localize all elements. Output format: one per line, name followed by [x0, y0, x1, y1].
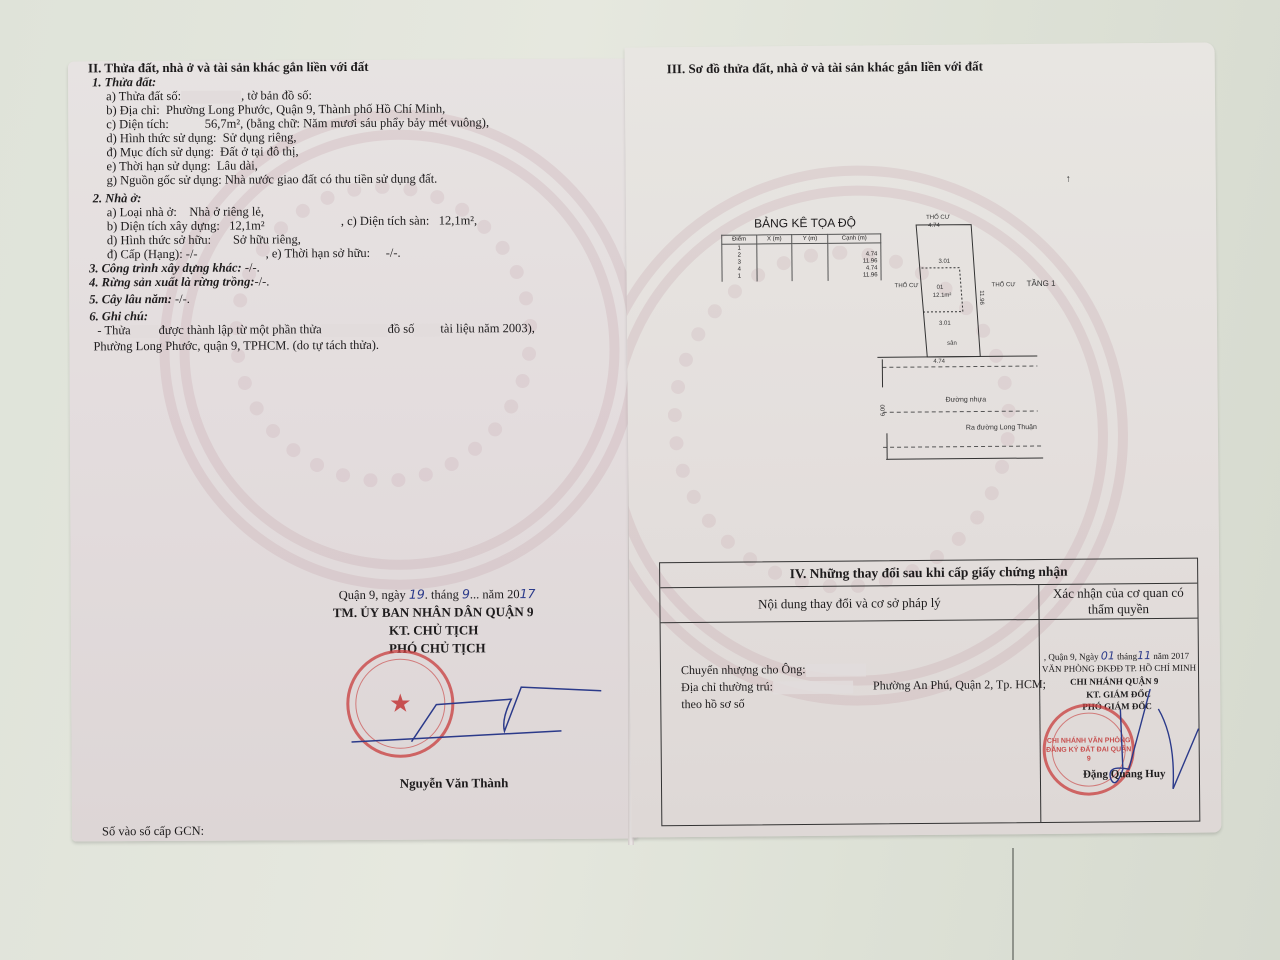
confirmation-signer: Đặng Quang Huy	[1083, 767, 1166, 782]
registry-number-label: Số vào sổ cấp GCN:	[102, 824, 204, 839]
land-use-purpose: đ) Mục đích sử dụng: Đất ở tại đô thị,	[106, 144, 298, 159]
plan-yard-label: sân	[947, 341, 957, 347]
issue-date: Quận 9, ngày 19. tháng 9... năm 2017	[339, 587, 536, 602]
house-floor-area: , c) Diện tích sàn: 12,1m²,	[341, 213, 477, 228]
coordinate-table: ĐiểmX (m)Y (m)Cạnh (m) 12341 4.7411.964.…	[721, 233, 881, 281]
land-heading: 1. Thửa đất:	[92, 75, 156, 89]
plan-right-length: 11.96	[978, 290, 984, 305]
changes-col-content: Nội dung thay đổi và cơ sở pháp lý	[660, 585, 1039, 622]
house-grade: đ) Cấp (Hạng): -/-, e) Thời hạn sở hữu: …	[107, 246, 401, 262]
land-area: c) Diện tích:56,7m², (bằng chữ: Năm mươi…	[106, 115, 489, 131]
land-use-term: e) Thời hạn sử dụng: Lâu dài,	[106, 158, 257, 173]
changes-table: IV. Những thay đổi sau khi cấp giấy chứn…	[659, 558, 1200, 827]
plan-road-note: Ra đường Long Thuận	[966, 424, 1037, 432]
floor-tile-seam	[1012, 848, 1014, 960]
plan-floor-label: TẦNG 1	[1027, 279, 1056, 288]
dossier-line: theo hồ sơ số	[681, 697, 744, 712]
issuing-authority: TM. ỦY BAN NHÂN DÂN QUẬN 9	[333, 605, 534, 620]
plan-house-area: 12.1m²	[933, 293, 952, 299]
plan-house-width-bottom: 3.01	[939, 321, 951, 327]
signature-chairman	[341, 659, 621, 750]
section-2-title: II. Thửa đất, nhà ở và tài sản khác gắn …	[88, 60, 369, 75]
changes-col-confirmation: Xác nhận của cơ quan có thẩm quyền	[1039, 584, 1197, 619]
coord-table-header: Y (m)	[792, 234, 828, 243]
perennial-trees: 5. Cây lâu năm: -/-.	[89, 292, 190, 307]
certificate-left-page: II. Thửa đất, nhà ở và tài sản khác gắn …	[68, 59, 637, 842]
coord-table-header: Cạnh (m)	[828, 234, 881, 243]
site-plan-diagram	[876, 174, 1079, 466]
other-construction: 3. Công trình xây dựng khác: -/-.	[89, 260, 260, 275]
land-origin: g) Nguồn gốc sử dụng: Nhà nước giao đất …	[107, 172, 438, 188]
signer-role-1: KT. CHỦ TỊCH	[389, 623, 479, 637]
plan-left-neighbor: THỔ CƯ	[895, 283, 919, 289]
notes-line-2: Phường Long Phước, quận 9, TPHCM. (do tự…	[93, 338, 379, 353]
coord-point: 1	[726, 273, 754, 280]
planted-forest: 4. Rừng sản xuất là rừng trồng:-/-.	[89, 274, 269, 289]
plan-bottom-width: 4.74	[933, 359, 945, 365]
coord-table-title: BẢNG KÊ TỌA ĐỘ	[754, 216, 856, 231]
coord-edge: 11.96	[832, 272, 878, 279]
section-3-title: III. Sơ đồ thửa đất, nhà ở và tài sản kh…	[667, 59, 983, 76]
land-use-form: d) Hình thức sử dụng: Sử dụng riêng,	[106, 130, 296, 145]
house-ownership: d) Hình thức sở hữu: Sở hữu riêng,	[107, 232, 301, 247]
house-type: a) Loại nhà ở: Nhà ở riêng lẻ,	[107, 204, 264, 219]
north-arrow-icon: ↑	[1066, 174, 1071, 185]
notes-heading: 6. Ghi chú:	[89, 309, 148, 323]
plan-house-label: 01	[937, 285, 944, 291]
house-built-area: b) Diện tích xây dựng: 12,1m²	[107, 218, 265, 233]
certificate-right-page: III. Sơ đồ thửa đất, nhà ở và tài sản kh…	[625, 42, 1222, 837]
residence-line: Địa chỉ thường trú:Phường An Phú, Quận 2…	[681, 677, 1046, 695]
plan-top-width: 4.74	[928, 223, 940, 229]
plan-road-width: 6.00	[881, 404, 887, 416]
transfer-line: Chuyển nhượng cho Ông:	[681, 662, 866, 678]
notes-line-1: - Thửađược thành lập từ một phần thửađồ …	[97, 321, 535, 338]
plan-right-neighbor: THỔ CƯ	[992, 282, 1016, 288]
plan-road-label: Đường nhựa	[946, 396, 986, 403]
coord-table-header: X (m)	[756, 235, 792, 244]
plan-house-width: 3.01	[938, 259, 950, 265]
plan-top-neighbor: THỔ CƯ	[926, 215, 950, 221]
signer-name: Nguyễn Văn Thành	[400, 776, 509, 791]
house-heading: 2. Nhà ở:	[93, 191, 142, 205]
coord-table-header: Điểm	[722, 235, 757, 244]
